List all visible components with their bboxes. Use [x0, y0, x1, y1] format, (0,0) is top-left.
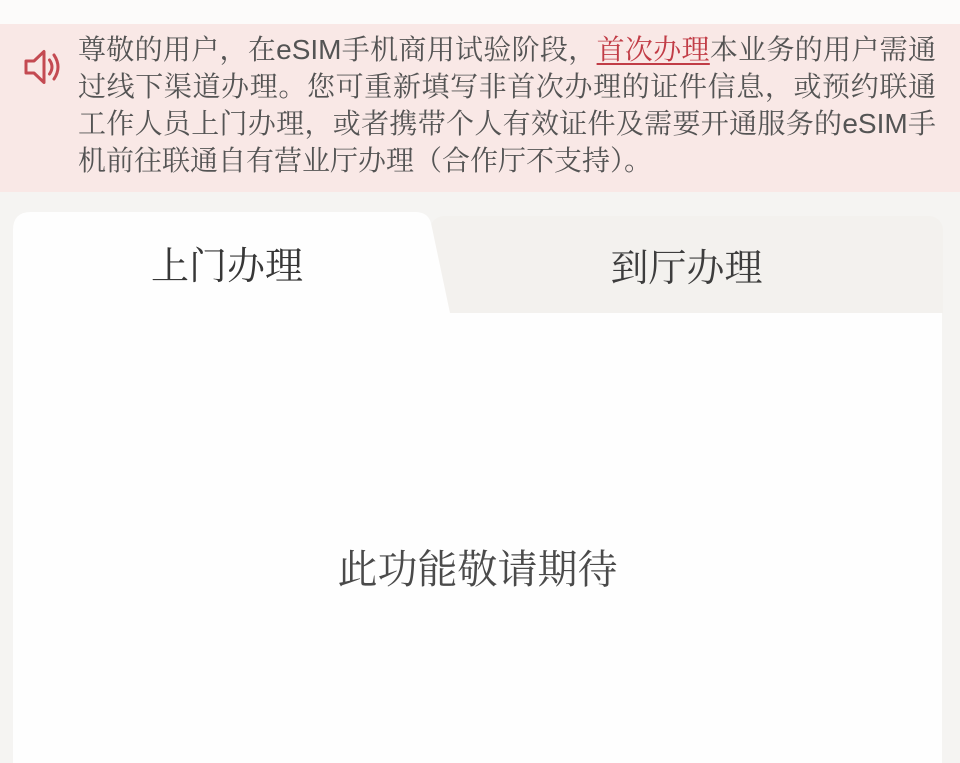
- coming-soon-text: 此功能敬请期待: [13, 313, 942, 595]
- content-panel: 此功能敬请期待: [13, 313, 942, 763]
- tab-home-service-label: 上门办理: [151, 235, 303, 290]
- top-strip: [0, 0, 960, 24]
- esim-service-screen: 尊敬的用户，在eSIM手机商用试验阶段，首次办理本业务的用户需通过线下渠道办理。…: [0, 0, 960, 763]
- notice-banner: 尊敬的用户，在eSIM手机商用试验阶段，首次办理本业务的用户需通过线下渠道办理。…: [0, 24, 960, 192]
- speaker-icon: [22, 46, 62, 88]
- tab-home-service[interactable]: 上门办理: [13, 212, 441, 313]
- tab-visit-hall[interactable]: 到厅办理: [430, 216, 943, 313]
- tab-visit-hall-label: 到厅办理: [610, 237, 762, 292]
- notice-highlight-first-time: 首次办理: [597, 34, 710, 65]
- notice-text: 尊敬的用户，在eSIM手机商用试验阶段，首次办理本业务的用户需通过线下渠道办理。…: [78, 31, 936, 179]
- notice-text-segment-before: 尊敬的用户，在eSIM手机商用试验阶段，: [78, 34, 597, 65]
- tab-bar: 到厅办理 上门办理: [0, 212, 960, 313]
